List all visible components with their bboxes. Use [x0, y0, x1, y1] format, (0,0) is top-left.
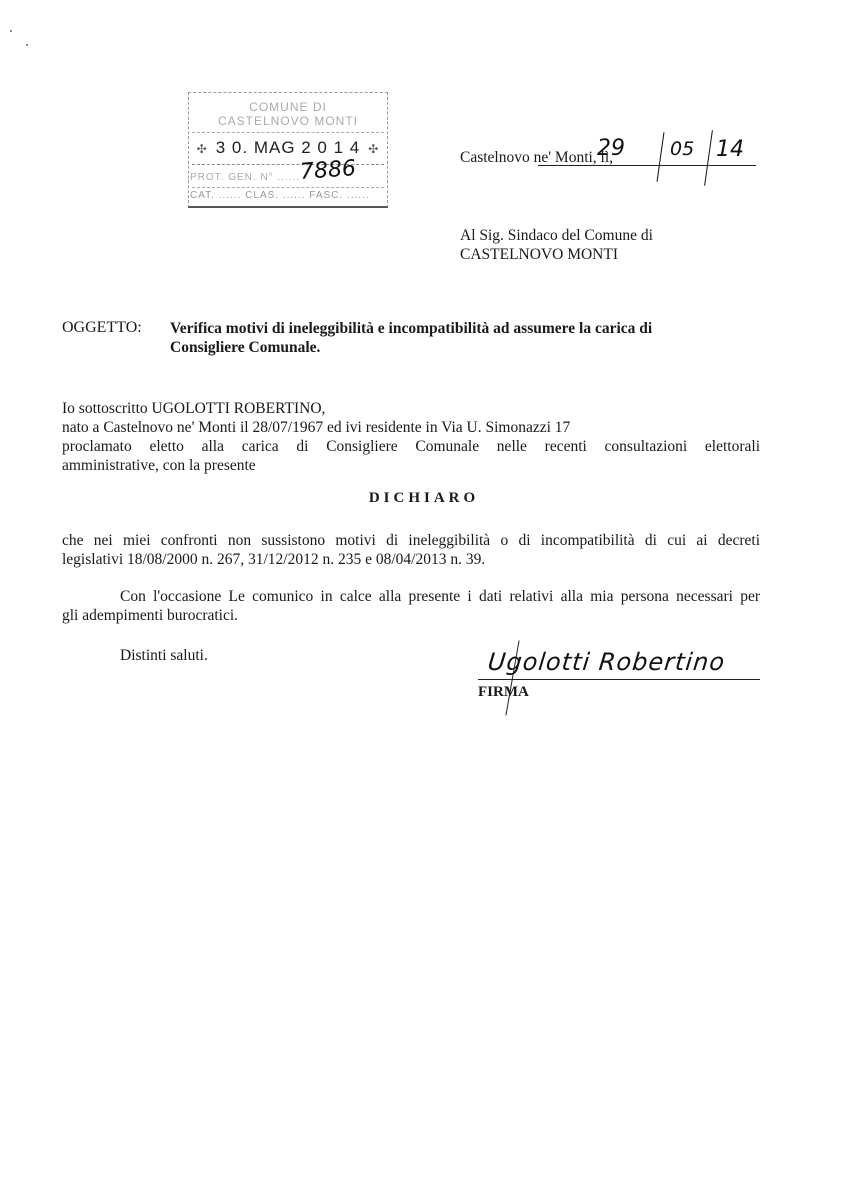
handwritten-month: 05 [670, 138, 694, 160]
handwritten-signature: Ugolotti Robertino [487, 648, 727, 676]
signature-line [478, 679, 760, 680]
declaration-heading: DICHIARO [0, 490, 848, 507]
ornament-icon: ✣ [368, 142, 379, 156]
stamp-divider [192, 187, 384, 188]
declaration-line1: che nei miei confronti non sussistono mo… [62, 531, 760, 550]
intro-line1: Io sottoscritto UGOLOTTI ROBERTINO, [62, 399, 325, 418]
subject-line1: Verifica motivi di ineleggibilità e inco… [170, 319, 652, 338]
ornament-icon: ✣ [197, 142, 208, 156]
stamp-office-line2: CASTELNOVO MONTI [188, 114, 388, 128]
scan-speck [10, 30, 12, 32]
stamp-office-line1: COMUNE DI [188, 100, 388, 114]
recipient-line2: CASTELNOVO MONTI [460, 245, 618, 264]
stamp-protocol-label: PROT. GEN. N° ...... [190, 172, 300, 183]
stamp-protocol-number: 7886 [299, 156, 357, 185]
subject-label: OGGETTO: [62, 319, 142, 337]
date-slash [657, 132, 665, 182]
stamp-date: ✣3 0. MAG 2 0 1 4✣ [188, 138, 388, 158]
closing: Distinti saluti. [120, 646, 208, 665]
notice-line1: Con l'occasione Le comunico in calce all… [120, 587, 760, 606]
recipient-line1: Al Sig. Sindaco del Comune di [460, 226, 653, 245]
handwritten-year: 14 [716, 137, 744, 162]
subject-line2: Consigliere Comunale. [170, 338, 652, 357]
notice-line2: gli adempimenti burocratici. [62, 606, 238, 625]
protocol-stamp: COMUNE DI CASTELNOVO MONTI ✣3 0. MAG 2 0… [188, 92, 388, 208]
subject-text: Verifica motivi di ineleggibilità e inco… [170, 319, 652, 357]
declaration-line2: legislativi 18/08/2000 n. 267, 31/12/201… [62, 550, 485, 569]
scan-speck [26, 44, 28, 46]
signature-label: FIRMA [478, 684, 529, 701]
handwritten-day: 29 [597, 136, 625, 161]
stamp-divider [192, 132, 384, 133]
date-underline [538, 165, 756, 166]
intro-line3: proclamato eletto alla carica di Consigl… [62, 437, 760, 456]
date-slash [704, 130, 713, 186]
intro-line4: amministrative, con la presente [62, 456, 256, 475]
intro-line2: nato a Castelnovo ne' Monti il 28/07/196… [62, 418, 570, 437]
stamp-category-label: CAT. ...... CLAS. ...... FASC. ...... [190, 190, 370, 201]
stamp-received-date: 3 0. MAG 2 0 1 4 [216, 138, 361, 157]
